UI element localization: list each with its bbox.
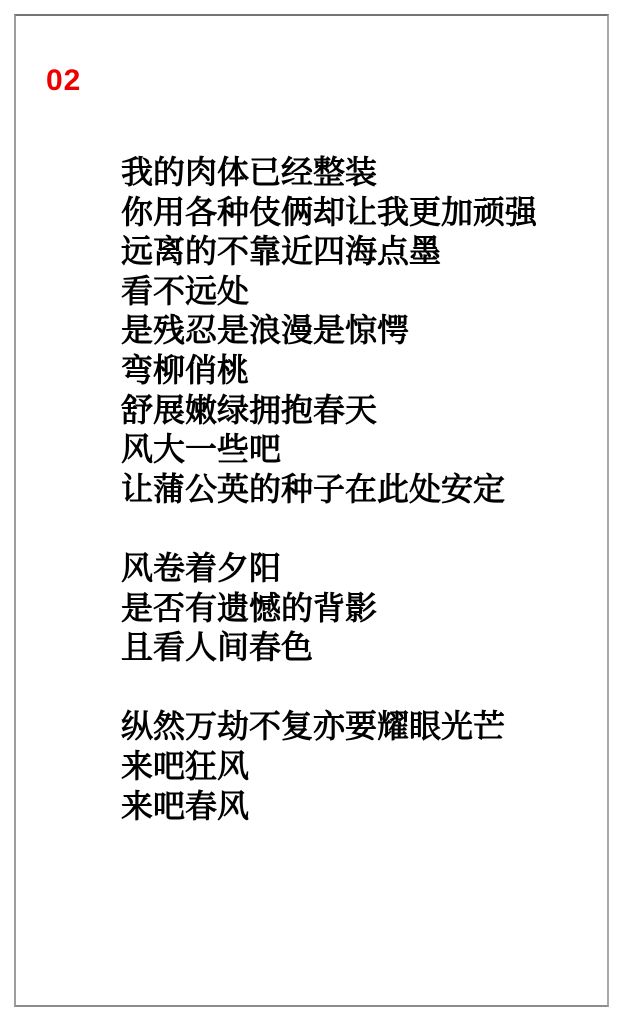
poem-line: 你用各种伎俩却让我更加顽强 [121,193,581,233]
poem-line: 是残忍是浪漫是惊愕 [121,311,581,351]
poem-line: 风大一些吧 [121,430,581,470]
poem-line: 让蒲公英的种子在此处安定 [121,470,581,510]
poem-text: 我的肉体已经整装 你用各种伎俩却让我更加顽强 远离的不靠近四海点墨 看不远处 是… [121,153,581,826]
page-number: 02 [46,66,81,96]
poem-line: 来吧春风 [121,787,581,827]
page-background: 02 我的肉体已经整装 你用各种伎俩却让我更加顽强 远离的不靠近四海点墨 看不远… [0,0,627,1026]
poem-line: 看不远处 [121,272,581,312]
document-sheet: 02 我的肉体已经整装 你用各种伎俩却让我更加顽强 远离的不靠近四海点墨 看不远… [14,14,609,1007]
poem-line: 风卷着夕阳 [121,549,581,589]
poem-line: 且看人间春色 [121,628,581,668]
poem-line: 来吧狂风 [121,747,581,787]
stanza-1: 我的肉体已经整装 你用各种伎俩却让我更加顽强 远离的不靠近四海点墨 看不远处 是… [121,153,581,509]
poem-line: 我的肉体已经整装 [121,153,581,193]
poem-line: 纵然万劫不复亦要耀眼光芒 [121,707,581,747]
poem-line: 是否有遗憾的背影 [121,589,581,629]
poem-line: 舒展嫩绿拥抱春天 [121,391,581,431]
poem-line: 远离的不靠近四海点墨 [121,232,581,272]
poem-line: 弯柳俏桃 [121,351,581,391]
stanza-3: 纵然万劫不复亦要耀眼光芒 来吧狂风 来吧春风 [121,707,581,826]
stanza-2: 风卷着夕阳 是否有遗憾的背影 且看人间春色 [121,549,581,668]
